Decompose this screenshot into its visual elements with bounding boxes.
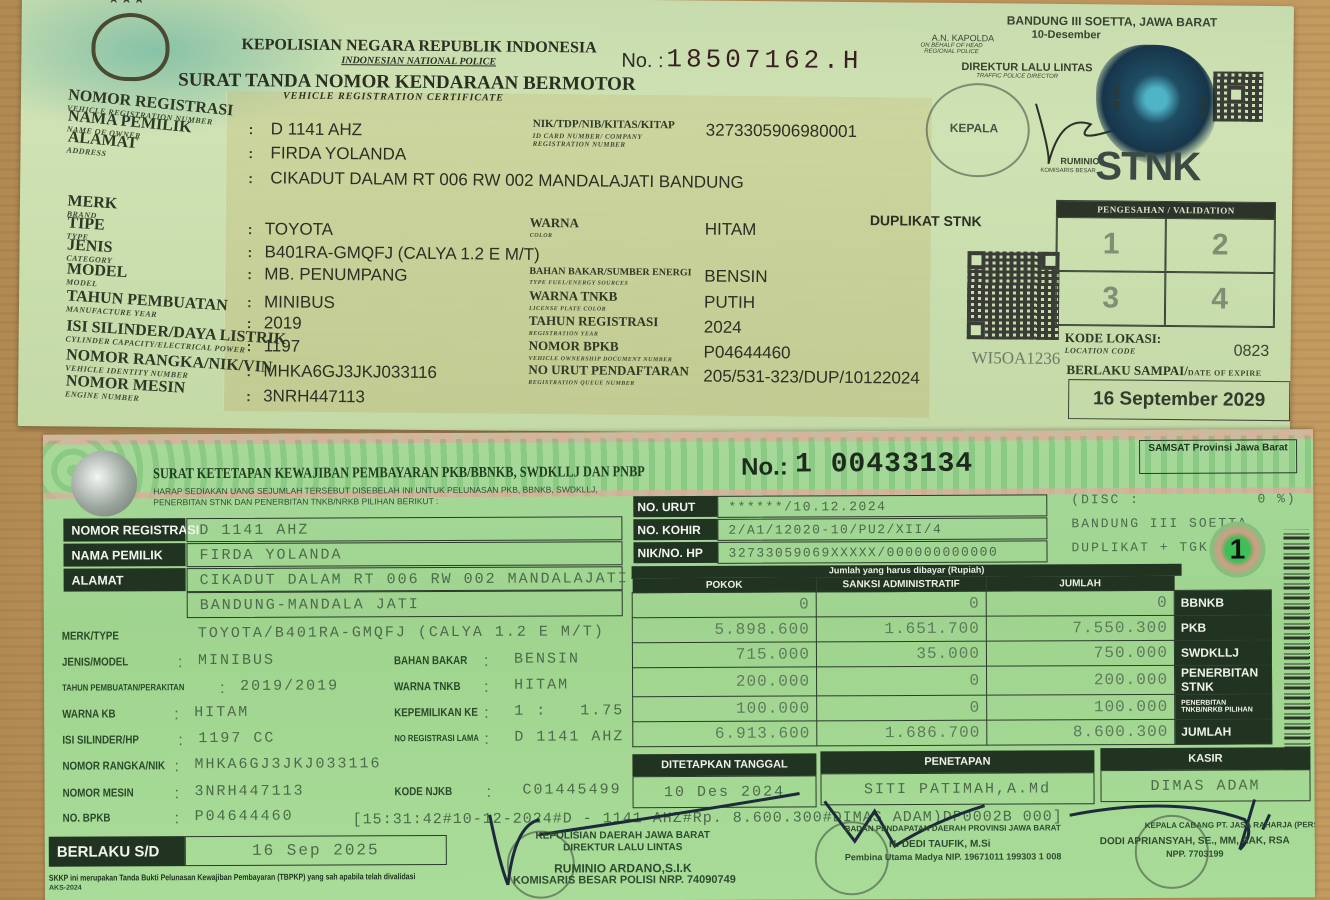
jumlah-cell: 750.000 <box>986 640 1174 666</box>
skkp-instruction: HARAP SEDIAKAN UANG SEJUMLAH TERSEBUT DI… <box>153 484 633 508</box>
payment-item-label: PENERBITAN STNK <box>1175 665 1272 694</box>
stnk-qr-code-icon <box>967 251 1060 340</box>
meta-row-0-label: NO. URUT <box>633 496 717 517</box>
detail-left-6-label: NO. BPKB <box>63 812 111 824</box>
expiry-date: 16 September 2029 <box>1068 379 1290 421</box>
issuing-office: BANDUNG III SOETTA, JAWA BARAT <box>1007 13 1218 29</box>
detail-left-2-label: WARNA KB <box>62 708 115 720</box>
detail-right-2-value: 1 : 1.75 <box>514 702 624 719</box>
validation-cell-1: 1 <box>1056 217 1166 272</box>
sanksi-cell: 0 <box>817 695 987 721</box>
stnk-right-field-1-label: BAHAN BAKAR/SUMBER ENERGITYPE FUEL/ENERG… <box>529 261 691 289</box>
detail-right-2-label: KEPEMILIKAN KE <box>394 707 478 719</box>
stnk-right-field-3-value: 2024 <box>704 318 742 338</box>
meta-row-1-value: 2/A1/12020-10/PU2/XII/4 <box>717 517 1047 540</box>
detail-colon: : <box>174 706 179 724</box>
detail-colon: : <box>484 679 489 697</box>
pokok-cell: 100.000 <box>633 696 817 722</box>
hologram-seal-icon <box>71 450 137 516</box>
detail-colon: : <box>484 705 489 723</box>
stnk-field-1-value: FIRDA YOLANDA <box>270 143 406 164</box>
validation-cell-2: 2 <box>1165 218 1275 273</box>
col-jumlah: JUMLAH <box>986 576 1174 591</box>
detail-right-3-value: D 1141 AHZ <box>514 728 624 745</box>
hologram-label-left: POLRI <box>1112 85 1121 110</box>
owner-row-1-value: FIRDA YOLANDA <box>186 541 622 567</box>
payment-row: 715.00035.000750.000SWDKLLJ <box>632 640 1271 668</box>
validation-cell-3: 3 <box>1056 271 1166 326</box>
detail-left-1-value: 2019/2019 <box>240 677 339 694</box>
detail-left-5-value: 3NRH447113 <box>195 783 305 800</box>
payment-item-label: JUMLAH <box>1175 719 1272 744</box>
form-code: AKS-2024 <box>49 885 82 892</box>
police-signatory: KEPOLISIAN DAERAH JAWA BARAT DIREKTUR LA… <box>513 830 733 887</box>
skkp-number-label: No.: <box>741 454 788 482</box>
duplicate-label: DUPLIKAT STNK <box>870 212 982 229</box>
owner-row-0-label: NOMOR REGISTRASI <box>63 518 185 542</box>
payment-row: 100.0000100.000PENERBITAN TNKB/NRKB PILI… <box>633 694 1272 722</box>
pokok-cell: 0 <box>632 592 816 618</box>
payment-row: 5.898.6001.651.7007.550.300PKB <box>632 615 1271 643</box>
meta-row-1-label: NO. KOHIR <box>633 519 717 540</box>
detail-right-1-value: HITAM <box>514 676 569 693</box>
agency-name: KEPOLISIAN NEGARA REPUBLIK INDONESIA <box>241 36 596 57</box>
samsat-box: SAMSAT Provinsi Jawa Barat <box>1139 439 1297 474</box>
field-colon: : <box>246 363 251 379</box>
pokok-cell: 5.898.600 <box>632 617 816 643</box>
side-note-2: DUPLIKAT + TGK <box>1071 540 1208 556</box>
stnk-field-2-label: ALAMATADDRESS <box>66 128 138 161</box>
issue-date: 10-Desember <box>1032 29 1101 42</box>
meta-row-0-value: ******/10.12.2024 <box>717 494 1047 517</box>
stnk-right-field-5-value: 205/531-323/DUP/10122024 <box>703 367 920 389</box>
address-line-2: BANDUNG-MANDALA JATI <box>187 590 623 618</box>
agency-name-en: INDONESIAN NATIONAL POLICE <box>341 55 496 67</box>
stnk-field-5-value: MB. PENUMPANG <box>264 264 407 285</box>
payment-item-label: PKB <box>1174 615 1271 640</box>
detail-right-4-label: KODE NJKB <box>395 786 453 798</box>
stnk-right-field-1-value: BENSIN <box>704 267 767 288</box>
location-code-label: KODE LOKASI: LOCATION CODE <box>1065 329 1162 356</box>
security-qr-code-icon <box>1213 71 1263 121</box>
detail-left-5-label: NOMOR MESIN <box>63 787 134 799</box>
stnk-field-0-value: D 1141 AHZ <box>271 119 363 140</box>
stnk-right-field-2-label: WARNA TNKBLICENSE PLATE COLOR <box>529 287 618 314</box>
jumlah-cell: 8.600.300 <box>987 719 1175 745</box>
payment-item-label: BBNKB <box>1174 590 1271 615</box>
field-colon: : <box>247 294 252 310</box>
stnk-field-3-value: TOYOTA <box>265 219 334 240</box>
skkp-title: SURAT KETETAPAN KEWAJIBAN PEMBAYARAN PKB… <box>153 464 645 483</box>
jumlah-cell: 7.550.300 <box>986 615 1174 641</box>
detail-left-0-value: MINIBUS <box>198 652 275 669</box>
skkp-number: 1 00433134 <box>795 449 973 481</box>
doc-number-label: No. : <box>621 50 663 73</box>
payment-row: 6.913.6001.686.7008.600.300JUMLAH <box>633 719 1272 747</box>
detail-colon: : <box>484 653 489 671</box>
nik-value: 3273305906980001 <box>706 121 857 142</box>
col-pokok: POKOK <box>632 577 816 592</box>
owner-row-2-label: ALAMAT <box>64 568 186 592</box>
pokok-cell: 715.000 <box>632 642 816 668</box>
detail-colon: : <box>174 758 179 776</box>
detail-left-4-value: MHKA6GJ3JKJ033116 <box>194 755 381 773</box>
validation-grid: PENGESAHAN / VALIDATION 1 2 3 4 <box>1055 200 1276 328</box>
sanksi-cell: 0 <box>816 591 986 617</box>
jumlah-cell: 100.000 <box>987 694 1175 720</box>
stnk-logo: STNK <box>1095 144 1200 190</box>
meta-row-2-value: 32733059069XXXXX/000000000000 <box>717 540 1047 563</box>
payment-item-label: PENERBITAN TNKB/NRKB PILIHAN <box>1175 694 1272 719</box>
detail-left-0-label: JENIS/MODEL <box>62 656 128 668</box>
jumlah-cell: 0 <box>986 590 1174 616</box>
detail-right-0-value: BENSIN <box>514 650 580 667</box>
sanksi-cell: 1.686.700 <box>817 720 987 746</box>
col-sanksi: SANKSI ADMINISTRATIF <box>816 577 986 592</box>
stnk-field-6-value: MINIBUS <box>264 292 335 313</box>
field-colon: : <box>248 221 253 237</box>
pokok-cell: 200.000 <box>633 667 817 697</box>
jumlah-cell: 200.000 <box>987 665 1175 695</box>
field-colon: : <box>246 388 251 404</box>
sanksi-cell: 1.651.700 <box>816 616 986 642</box>
stnk-field-9-value: MHKA6GJ3JKJ033116 <box>263 361 437 383</box>
barcode-icon <box>1283 529 1310 769</box>
meta-row-2-label: NIK/NO. HP <box>633 542 717 563</box>
signer-name: RUMINIO <box>1060 156 1099 166</box>
valid-until-box: 16 Sep 2025 <box>185 835 447 866</box>
police-crest-icon <box>91 13 170 82</box>
stnk-field-10-value: 3NRH447113 <box>263 386 365 407</box>
bapenda-signatory: BADAN PENDAPATAN DAERAH PROVINSI JAWA BA… <box>845 822 1035 863</box>
merk-type-label: MERK/TYPE <box>62 630 119 642</box>
detail-colon: : <box>175 810 180 828</box>
detail-left-2-value: HITAM <box>194 704 249 721</box>
pokok-cell: 6.913.600 <box>633 721 817 747</box>
hologram-label-right: POLRI <box>1199 96 1208 121</box>
detail-left-3-value: 1197 CC <box>198 730 275 747</box>
payment-item-label: SWDKLLJ <box>1174 640 1271 665</box>
field-colon: : <box>248 145 253 161</box>
side-note-0: (DISC : 0 %) <box>1071 491 1297 507</box>
owner-row-2-value: CIKADUT DALAM RT 006 RW 002 MANDALAJATI- <box>187 566 623 592</box>
payment-row: 000BBNKB <box>632 590 1271 618</box>
signer-rank: KOMISARIS BESAR <box>1040 168 1095 175</box>
expiry-label: BERLAKU SAMPAI/DATE OF EXPIRE <box>1066 361 1261 381</box>
samsat-seal-icon: 1 <box>1209 521 1265 577</box>
payment-table: POKOK SANKSI ADMINISTRATIF JUMLAH 000BBN… <box>632 575 1273 747</box>
merk-type-value: TOYOTA/B401RA-GMQFJ (CALYA 1.2 E M/T) <box>198 623 605 642</box>
field-colon: : <box>247 244 252 260</box>
valid-until-label: BERLAKU S/D <box>49 836 185 867</box>
detail-colon: : <box>220 680 225 698</box>
detail-left-4-label: NOMOR RANGKA/NIK <box>62 760 165 772</box>
sanksi-cell: 0 <box>817 666 987 696</box>
stnk-right-field-3-label: TAHUN REGISTRASIREGISTRATION YEAR <box>529 312 659 339</box>
owner-row-1-label: NAMA PEMILIK <box>63 543 185 567</box>
stnk-field-4-value: B401RA-GMQFJ (CALYA 1.2 E M/T) <box>264 242 539 265</box>
owner-row-0-value: D 1141 AHZ <box>186 516 622 542</box>
detail-colon: : <box>484 731 489 749</box>
location-code: 0823 <box>1234 343 1270 361</box>
payment-row: 200.0000200.000PENERBITAN STNK <box>633 665 1272 697</box>
document-title-en: VEHICLE REGISTRATION CERTIFICATE <box>283 91 504 104</box>
sanksi-cell: 35.000 <box>816 641 986 667</box>
field-colon: : <box>249 121 254 137</box>
detail-left-6-value: P04644460 <box>195 808 294 825</box>
qr-code-id: WI5OA1236 <box>971 348 1060 369</box>
validation-cell-4: 4 <box>1165 272 1275 327</box>
stnk-right-field-5-label: NO URUT PENDAFTARANREGISTRATION QUEUE NU… <box>528 361 689 389</box>
director-en: TRAFFIC POLICE DIRECTOR <box>976 73 1058 80</box>
stnk-right-field-0-label: WARNACOLOR <box>530 214 579 240</box>
skkp-tax-payment-receipt: SURAT KETETAPAN KEWAJIBAN PEMBAYARAN PKB… <box>43 429 1315 900</box>
detail-left-1-label: TAHUN PEMBUATAN/PERAKITAN <box>62 682 184 693</box>
stnk-right-field-0-value: HITAM <box>705 220 757 240</box>
detail-colon: : <box>178 654 183 672</box>
field-colon: : <box>247 338 252 354</box>
doc-number: 18507162.H <box>666 44 862 76</box>
detail-right-0-label: BAHAN BAKAR <box>394 655 467 667</box>
stnk-vehicle-registration-card: KEPOLISIAN NEGARA REPUBLIK INDONESIA IND… <box>18 0 1294 438</box>
field-colon: : <box>247 266 252 282</box>
footer-note: SKKP ini merupakan Tanda Bukti Pelunasan… <box>49 871 416 883</box>
detail-right-1-label: WARNA TNKB <box>394 681 460 693</box>
stnk-field-6-label: MODELMODEL <box>66 260 128 290</box>
on-behalf-en: ON BEHALF OF HEAD REGIONAL POLICE <box>911 43 991 56</box>
stnk-right-field-2-value: PUTIH <box>704 293 755 313</box>
detail-left-3-label: ISI SILINDER/HP <box>62 734 139 746</box>
stnk-field-8-value: 1197 <box>264 336 301 356</box>
jasa-raharja-signatory: KEPALA CABANG PT. JASA RAHARJA (PERSERO)… <box>1085 819 1305 860</box>
detail-colon: : <box>178 732 183 750</box>
stnk-right-field-4-value: P04644460 <box>703 343 790 364</box>
detail-right-3-label: NO REGISTRASI LAMA <box>394 733 479 743</box>
field-colon: : <box>248 170 253 186</box>
official-stamp-icon: KEPALA <box>925 83 1030 178</box>
on-behalf-label: A.N. KAPOLDA <box>932 33 995 44</box>
nik-label: NIK/TDP/NIB/KITAS/KITAP ID CARD NUMBER/ … <box>533 114 675 149</box>
detail-colon: : <box>175 785 180 803</box>
